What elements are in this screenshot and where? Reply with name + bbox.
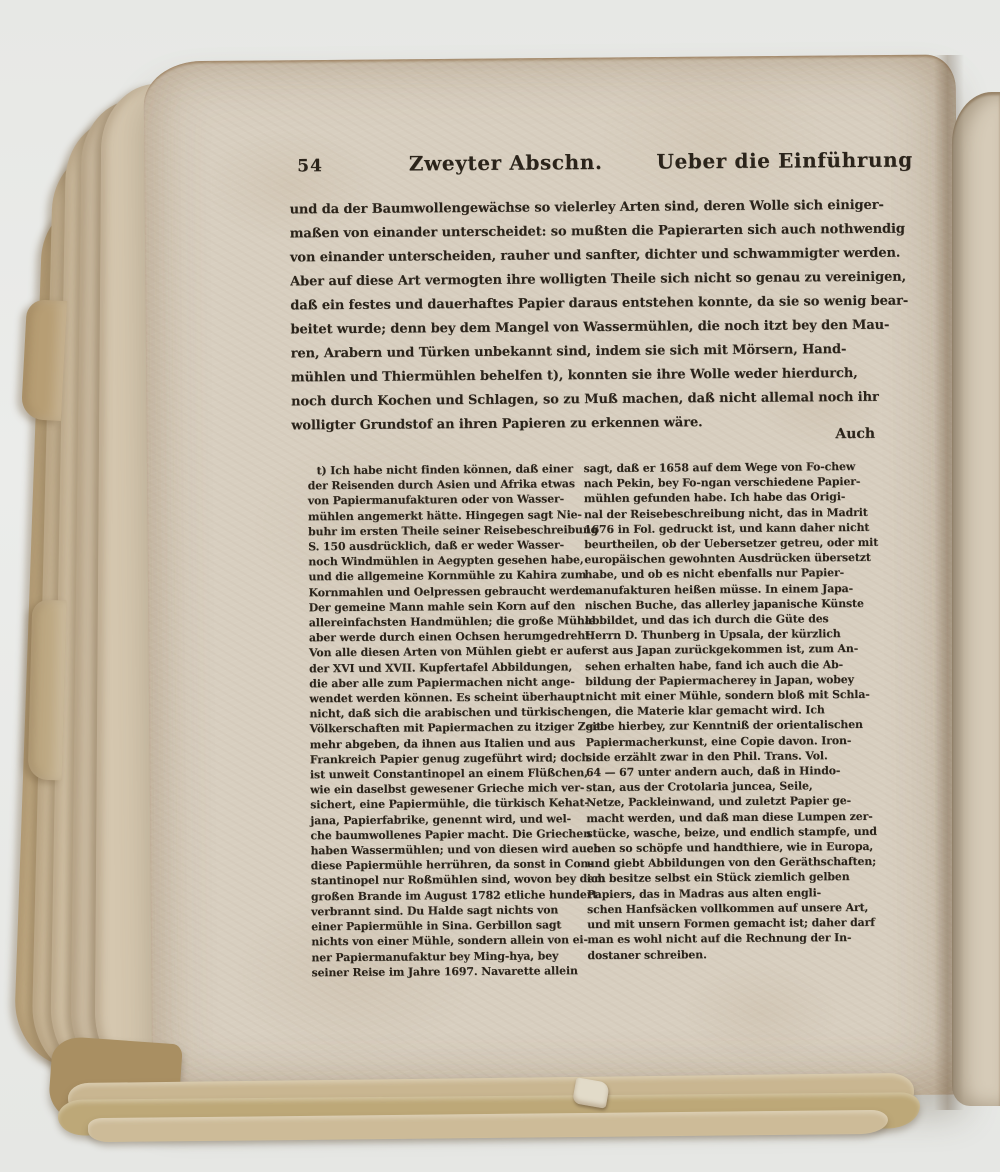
text-line: erst aus Japan zurückgekommen ist, zum A… xyxy=(585,641,857,658)
text-line: ich besitze selbst ein Stück ziemlich ge… xyxy=(587,869,859,886)
text-line: Von alle diesen Arten von Mühlen giebt e… xyxy=(309,644,575,661)
catchword: Auch xyxy=(835,426,875,442)
text-line: von Papiermanufakturen oder von Wasser- xyxy=(308,492,574,509)
footnote-column-right: sagt, daß er 1658 auf dem Wege von Fo-ch… xyxy=(584,459,860,963)
text-line: Netze, Packleinwand, und zuletzt Papier … xyxy=(586,793,858,810)
running-head-title: Ueber die Einführung xyxy=(656,148,913,174)
text-line: seiner Reise im Jahre 1697. Navarette al… xyxy=(311,963,577,980)
text-line: habe, und ob es nicht ebenfalls nur Papi… xyxy=(584,565,856,582)
text-line: noch durch Kochen und Schlagen, so zu Mu… xyxy=(291,386,887,415)
footnote-column-left: t) Ich habe nicht finden können, daß ein… xyxy=(308,461,578,980)
page-number: 54 xyxy=(297,156,323,176)
text-line: 64 — 67 unter andern auch, daß in Hindo- xyxy=(586,763,858,780)
text-line: sichert, eine Papiermühle, die türkisch … xyxy=(310,796,576,813)
running-head-section: Zweyter Abschn. xyxy=(409,150,603,176)
text-line: stantinopel nur Roßmühlen sind, wovon be… xyxy=(311,872,577,889)
running-head: 54 Zweyter Abschn. Ueber die Einführung xyxy=(297,148,883,177)
photo-background: 54 Zweyter Abschn. Ueber die Einführung … xyxy=(0,0,1000,1172)
text-line: gebe hierbey, zur Kenntniß der orientali… xyxy=(586,717,858,734)
printed-text-layer: 54 Zweyter Abschn. Ueber die Einführung … xyxy=(0,0,1000,1172)
main-paragraph: und da der Baumwollengewächse so vielerl… xyxy=(289,194,887,439)
text-line: wolligter Grundstof an ihren Papieren zu… xyxy=(291,410,887,439)
text-line: mühlen gefunden habe. Ich habe das Origi… xyxy=(584,489,856,506)
text-line: Völkerschaften mit Papiermachen zu itzig… xyxy=(310,720,576,737)
text-line: man es wohl nicht auf die Rechnung der I… xyxy=(587,930,859,947)
text-line: dostaner schreiben. xyxy=(587,945,859,962)
text-line: ner Papiermanufaktur bey Ming-hya, bey xyxy=(311,948,577,965)
text-line: und die allgemeine Kornmühle zu Kahira z… xyxy=(308,568,574,585)
text-line: nichts von einer Mühle, sondern allein v… xyxy=(311,932,577,949)
